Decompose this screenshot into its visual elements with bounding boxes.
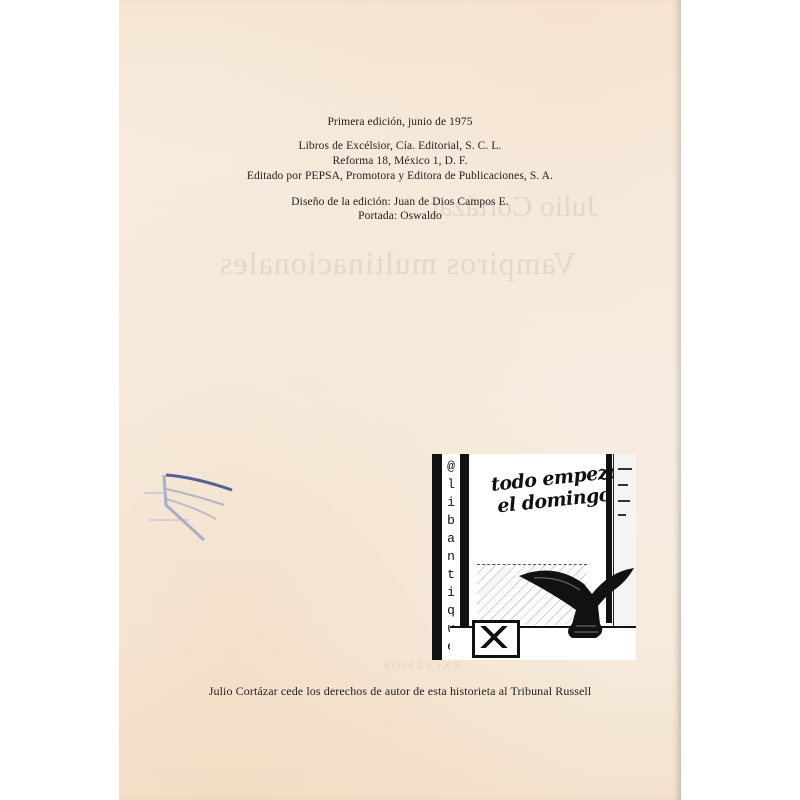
cover-photo: @ l i b a n t i q u e todo empezó el dom… xyxy=(432,454,636,660)
bleed-through-title: Vampiros multinacionales xyxy=(219,245,576,282)
ink-stamp-mark xyxy=(144,465,239,545)
bleed-through-publisher: EXCELSIOR xyxy=(381,660,460,672)
publisher-line-3: Editado por PEPSA, Promotora y Editora d… xyxy=(119,170,681,182)
publisher-line-2: Reforma 18, México 1, D. F. xyxy=(119,155,681,167)
publisher-line-1: Libros de Excélsior, Cía. Editorial, S. … xyxy=(119,140,681,152)
book-page: Julio Cortázar Vampiros multinacionales … xyxy=(119,0,681,800)
design-credit: Diseño de la edición: Juan de Dios Campo… xyxy=(119,196,681,208)
logo-box xyxy=(472,620,520,658)
photo-headline: todo empezó el domingo xyxy=(490,460,623,517)
eagle-statue-icon xyxy=(514,554,636,644)
edition-line: Primera edición, junio de 1975 xyxy=(119,116,681,128)
cover-credit: Portada: Oswaldo xyxy=(119,210,681,222)
rights-note: Julio Cortázar cede los derechos de auto… xyxy=(119,684,681,699)
